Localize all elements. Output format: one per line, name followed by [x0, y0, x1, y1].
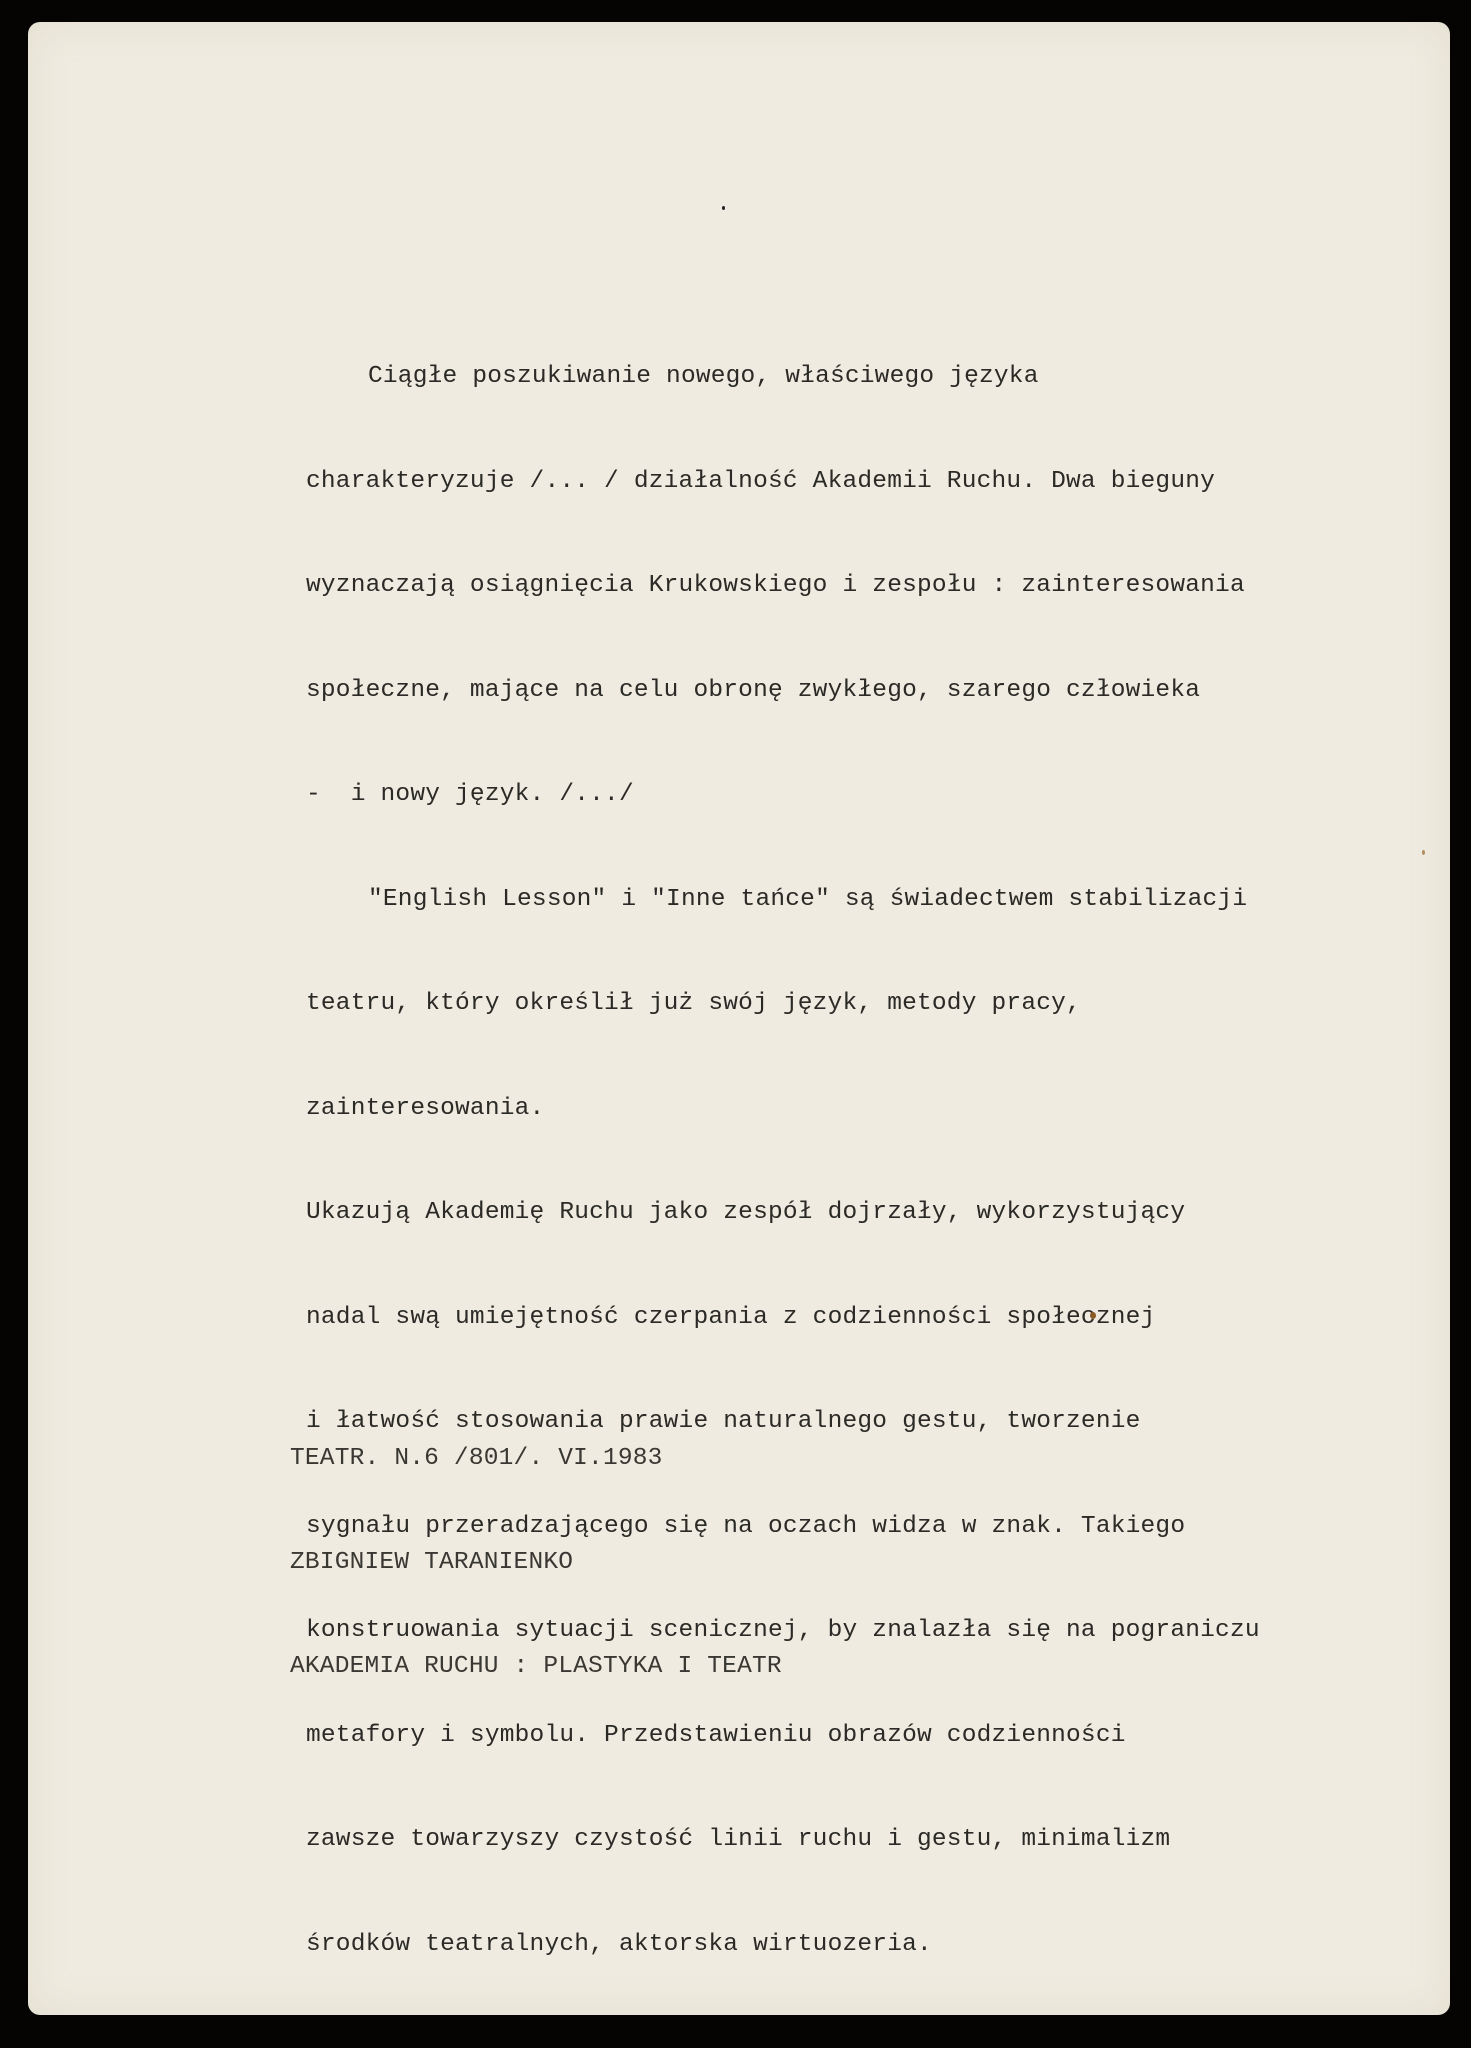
citation-source: TEATR. N.6 /801/. VI.1983 — [290, 1434, 782, 1484]
stain-speck — [1422, 850, 1425, 855]
body-line: - i nowy język. /.../ — [306, 770, 1260, 821]
body-line: zawsze towarzyszy czystość linii ruchu i… — [306, 1815, 1260, 1866]
body-line: "English Lesson" i "Inne tańce" są świad… — [306, 875, 1260, 926]
ink-speck — [722, 206, 725, 210]
body-line: nadal swą umiejętność czerpania z codzie… — [306, 1293, 1260, 1344]
stain-speck — [1090, 1312, 1096, 1319]
body-line: charakteryzuje /... / działalność Akadem… — [306, 457, 1260, 508]
paper-page: Ciągłe poszukiwanie nowego, właściwego j… — [28, 22, 1450, 2015]
body-line: Ukazują Akademię Ruchu jako zespół dojrz… — [306, 1188, 1260, 1239]
body-line: zainteresowania. — [306, 1084, 1260, 1135]
citation-author: ZBIGNIEW TARANIENKO — [290, 1538, 782, 1588]
body-line: społeczne, mające na celu obronę zwykłeg… — [306, 666, 1260, 717]
body-line: środków teatralnych, aktorska wirtuozeri… — [306, 1920, 1260, 1971]
body-line: teatru, który określił już swój język, m… — [306, 979, 1260, 1030]
body-line: Ciągłe poszukiwanie nowego, właściwego j… — [306, 352, 1260, 403]
citation-title: AKADEMIA RUCHU : PLASTYKA I TEATR — [290, 1642, 782, 1692]
citation-footer: TEATR. N.6 /801/. VI.1983 ZBIGNIEW TARAN… — [290, 1380, 782, 1746]
body-text: Ciągłe poszukiwanie nowego, właściwego j… — [306, 298, 1260, 2024]
body-line: wyznaczają osiągnięcia Krukowskiego i ze… — [306, 561, 1260, 612]
